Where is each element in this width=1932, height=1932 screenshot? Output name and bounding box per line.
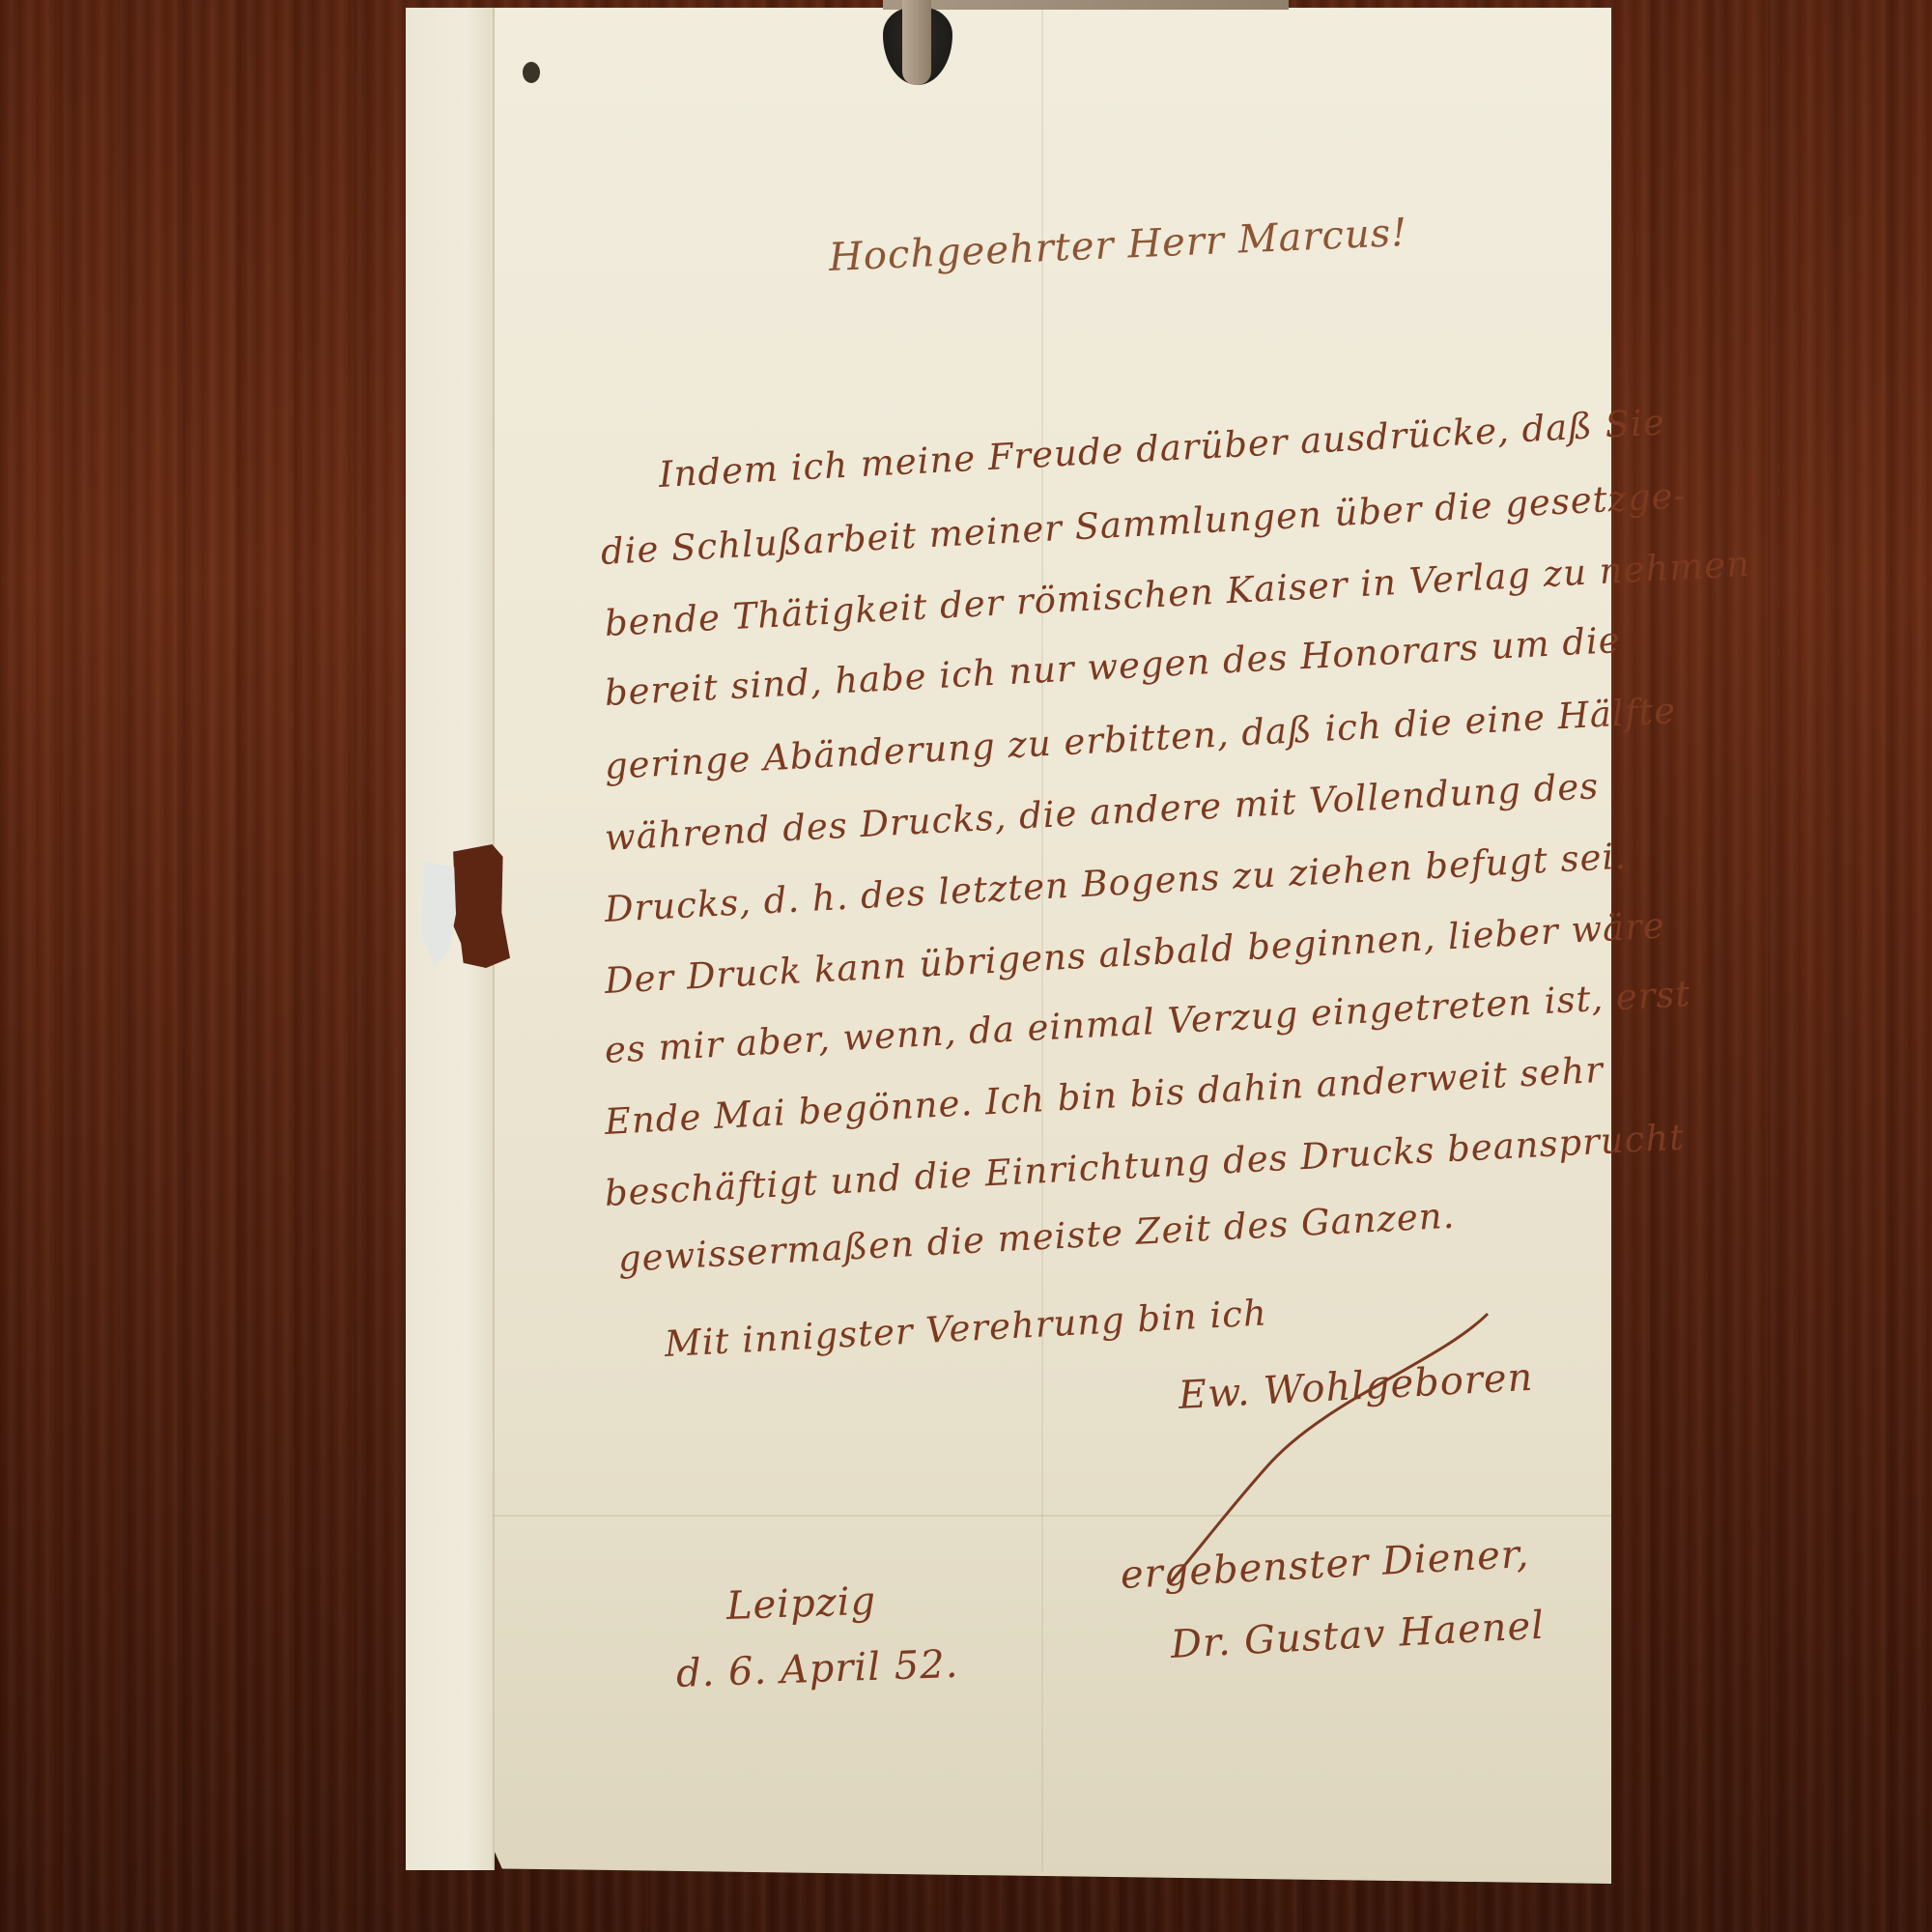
- place-line: Leipzig: [725, 1579, 877, 1629]
- punch-hole: [523, 62, 540, 83]
- tear-flap: [421, 862, 456, 966]
- tear-hole: [450, 844, 510, 968]
- paper-tear: [421, 837, 518, 972]
- mount-bar: [883, 0, 1289, 10]
